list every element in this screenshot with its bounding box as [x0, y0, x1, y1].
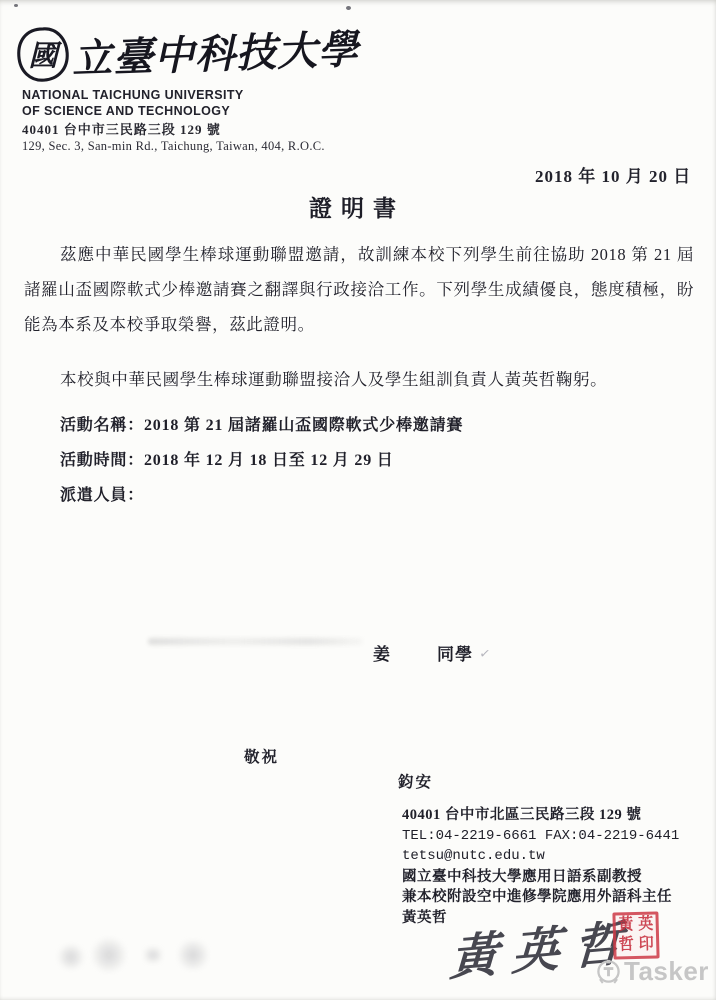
activity-details: 活動名稱：2018 第 21 屆諸羅山盃國際軟式少棒邀請賽 活動時間：2018 … — [60, 408, 690, 513]
signer-contact-block: 40401 台中市北區三民路三段 129 號 TEL:04-2219-6661 … — [402, 805, 702, 928]
signer-title-line1: 國立臺中科技大學應用日語系副教授 — [402, 867, 702, 888]
seal-character: 黃 — [618, 917, 633, 934]
personnel-line: 派遣人員： — [60, 478, 690, 513]
student-name-line: 姜同學✓ — [373, 640, 491, 665]
student-suffix: 同學 — [437, 645, 473, 664]
document-title: 證明書 — [309, 190, 405, 223]
university-name-english-line1: NATIONAL TAICHUNG UNIVERSITY — [22, 88, 244, 104]
header-address-chinese: 40401 台中市三民路三段 129 號 — [22, 119, 221, 138]
scanned-certificate-document: 國 立臺中科技大學 NATIONAL TAICHUNG UNIVERSITY O… — [0, 0, 716, 1000]
closing-wish: 鈞安 — [398, 770, 433, 792]
seal-character: 英 — [638, 917, 653, 934]
red-name-seal: 黃 英 哲 印 — [612, 911, 659, 959]
tasker-logo-icon — [596, 959, 621, 984]
activity-name-line: 活動名稱：2018 第 21 屆諸羅山盃國際軟式少棒邀請賽 — [60, 408, 690, 443]
signer-address: 40401 台中市北區三民路三段 129 號 — [402, 805, 702, 826]
signer-title-line2: 兼本校附設空中進修學院應用外語科主任 — [402, 887, 702, 908]
signer-tel-fax: TEL:04-2219-6661 FAX:04-2219-6441 — [402, 826, 702, 847]
scan-speck — [346, 6, 351, 10]
university-name-english-line2: OF SCIENCE AND TECHNOLOGY — [22, 104, 244, 120]
tasker-watermark-text: Tasker — [624, 956, 709, 987]
bleed-through-artifact — [142, 948, 164, 962]
university-name-english: NATIONAL TAICHUNG UNIVERSITY OF SCIENCE … — [22, 88, 244, 119]
university-name-calligraphy: 立臺中科技大學 — [71, 20, 293, 90]
signer-email: tetsu@nutc.edu.tw — [402, 846, 702, 867]
erased-text-smudge — [148, 638, 363, 645]
body-paragraph-2: 本校與中華民國學生棒球運動聯盟接洽人及學生組訓負責人黃英哲鞠躬。 — [24, 362, 694, 397]
body-paragraph-1: 茲應中華民國學生棒球運動聯盟邀請，故訓練本校下列學生前往協助 2018 第 21… — [24, 237, 694, 342]
student-surname: 姜 — [373, 645, 391, 664]
seal-character: 哲 — [619, 938, 634, 955]
header-address-english: 129, Sec. 3, San-min Rd., Taichung, Taiw… — [22, 139, 325, 154]
university-emblem-icon: 國 — [14, 26, 72, 84]
tasker-watermark: Tasker — [596, 956, 709, 987]
bleed-through-artifact — [92, 938, 126, 972]
seal-character: 印 — [639, 937, 654, 954]
activity-time-line: 活動時間：2018 年 12 月 18 日至 12 月 29 日 — [60, 443, 690, 478]
closing-respect: 敬祝 — [244, 745, 279, 767]
bleed-through-artifact — [178, 940, 208, 970]
emblem-character: 國 — [28, 41, 62, 73]
check-mark: ✓ — [478, 646, 492, 663]
bleed-through-artifact — [58, 945, 84, 969]
scan-speck — [14, 4, 18, 7]
document-date: 2018 年 10 月 20 日 — [535, 162, 691, 187]
